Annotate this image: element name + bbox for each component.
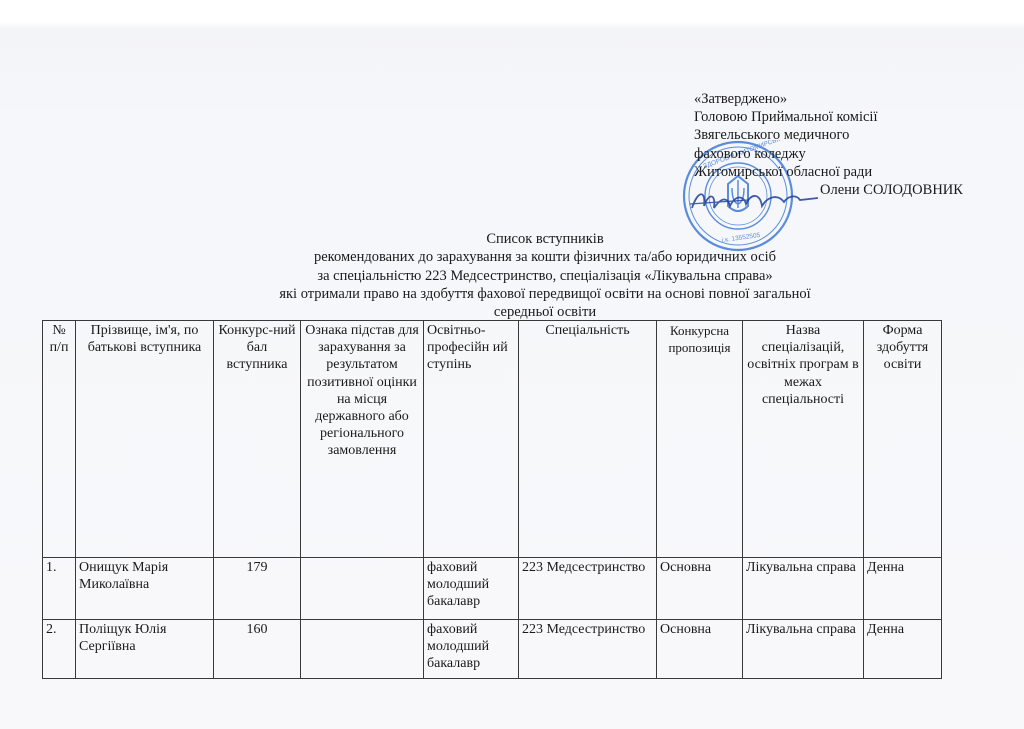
table-row: 2. Поліщук Юлія Сергіївна 160 фаховий мо… [43, 620, 942, 679]
cell-basis [301, 558, 424, 620]
header-form: Форма здобуття освіти [864, 321, 942, 558]
cell-offer: Основна [657, 620, 743, 679]
cell-score: 160 [214, 620, 301, 679]
header-specialty: Спеціальність [519, 321, 657, 558]
approval-line: Житомирської обласної ради [694, 163, 963, 181]
cell-degree: фаховий молодший бакалавр [424, 558, 519, 620]
approval-line: «Затверджено» [694, 90, 963, 108]
approval-line: Звягельського медичного [694, 126, 963, 144]
signature-icon [688, 186, 823, 214]
cell-number: 1. [43, 558, 76, 620]
cell-degree: фаховий молодший бакалавр [424, 620, 519, 679]
cell-specialization: Лікувальна справа [743, 558, 864, 620]
document-subtitle-line: за спеціальністю 223 Медсестринство, спе… [200, 267, 890, 285]
document-subtitle-line: які отримали право на здобуття фахової п… [200, 285, 890, 303]
header-degree: Освітньо-професійн ий ступінь [424, 321, 519, 558]
cell-name: Онищук Марія Миколаївна [76, 558, 214, 620]
header-offer: Конкурсна пропозиція [657, 321, 743, 558]
cell-basis [301, 620, 424, 679]
document-subtitle-line: середньої освіти [200, 303, 890, 321]
cell-name: Поліщук Юлія Сергіївна [76, 620, 214, 679]
table-header-row: № п/п Прізвище, ім'я, по батькові вступн… [43, 321, 942, 558]
table-row: 1. Онищук Марія Миколаївна 179 фаховий м… [43, 558, 942, 620]
approval-line: фахового коледжу [694, 145, 963, 163]
approval-line: Головою Приймальної комісії [694, 108, 963, 126]
header-name: Прізвище, ім'я, по батькові вступника [76, 321, 214, 558]
cell-offer: Основна [657, 558, 743, 620]
cell-specialty: 223 Медсестринство [519, 620, 657, 679]
header-specialization: Назва спеціалізацій, освітніх програм в … [743, 321, 864, 558]
header-score: Конкурс-ний бал вступника [214, 321, 301, 558]
cell-specialization: Лікувальна справа [743, 620, 864, 679]
applicants-table: № п/п Прізвище, ім'я, по батькові вступн… [42, 320, 942, 679]
header-number: № п/п [43, 321, 76, 558]
cell-number: 2. [43, 620, 76, 679]
cell-form: Денна [864, 558, 942, 620]
cell-specialty: 223 Медсестринство [519, 558, 657, 620]
header-basis: Ознака підстав для зарахування за резуль… [301, 321, 424, 558]
cell-form: Денна [864, 620, 942, 679]
cell-score: 179 [214, 558, 301, 620]
approval-block: «Затверджено» Головою Приймальної комісі… [694, 90, 963, 199]
